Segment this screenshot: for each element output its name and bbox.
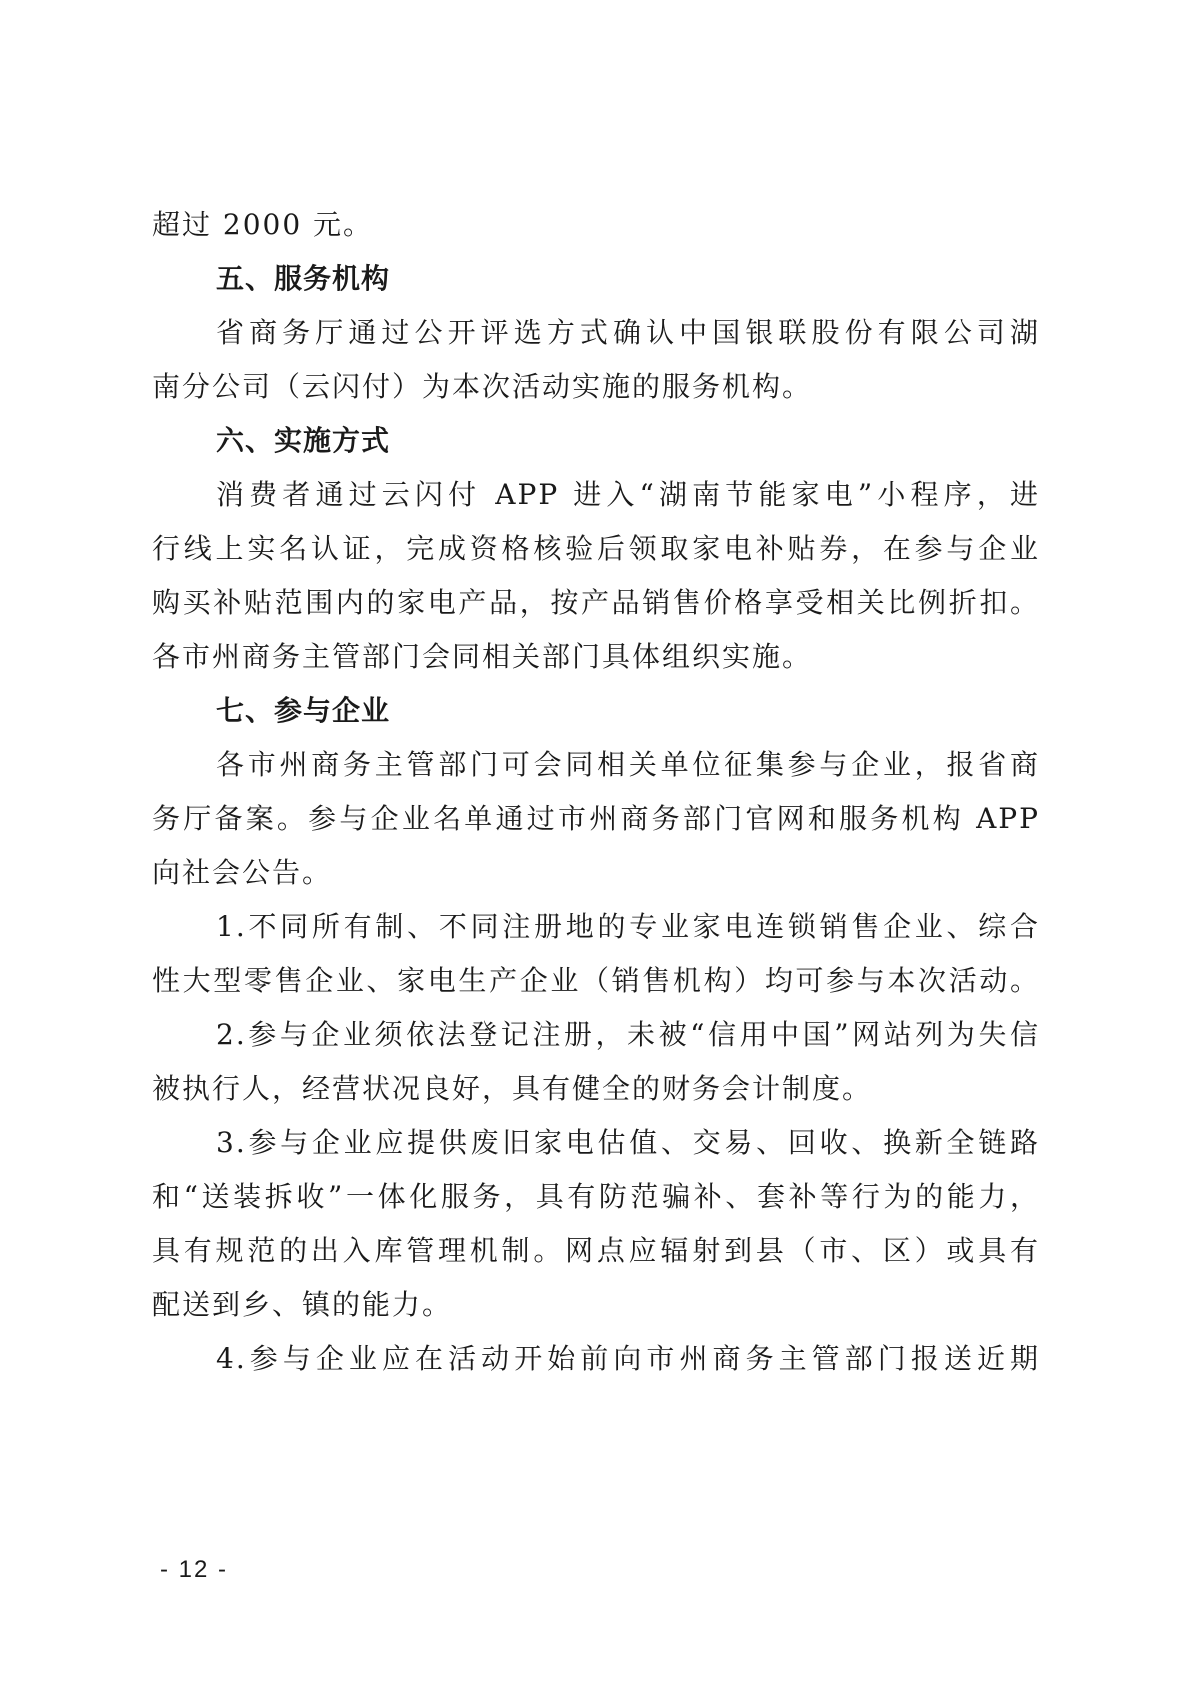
paragraph-line: 南分公司（云闪付）为本次活动实施的服务机构。 <box>152 358 1040 416</box>
list-item-3-line: 3.参与企业应提供废旧家电估值、交易、回收、换新全链路 <box>216 1114 1040 1172</box>
paragraph-line: 超过 2000 元。 <box>152 196 1040 254</box>
list-item-4-line: 4.参与企业应在活动开始前向市州商务主管部门报送近期 <box>216 1330 1040 1388</box>
section-heading-implementation: 六、实施方式 <box>216 412 390 470</box>
paragraph-line: 购买补贴范围内的家电产品，按产品销售价格享受相关比例折扣。 <box>152 574 1040 632</box>
list-item-1-line: 1.不同所有制、不同注册地的专业家电连锁销售企业、综合 <box>216 898 1040 956</box>
list-item-3-line: 配送到乡、镇的能力。 <box>152 1276 1040 1334</box>
paragraph-line: 务厅备案。参与企业名单通过市州商务部门官网和服务机构 APP <box>152 790 1040 848</box>
paragraph-line: 消费者通过云闪付 APP 进入“湖南节能家电”小程序，进 <box>216 466 1040 524</box>
paragraph-line: 各市州商务主管部门可会同相关单位征集参与企业，报省商 <box>216 736 1040 794</box>
list-item-3-line: 和“送装拆收”一体化服务，具有防范骗补、套补等行为的能力， <box>152 1168 1040 1226</box>
page-number: - 12 - <box>160 1555 228 1585</box>
paragraph-line: 各市州商务主管部门会同相关部门具体组织实施。 <box>152 628 1040 686</box>
list-item-2-line: 2.参与企业须依法登记注册，未被“信用中国”网站列为失信 <box>216 1006 1040 1064</box>
list-item-2-line: 被执行人，经营状况良好，具有健全的财务会计制度。 <box>152 1060 1040 1118</box>
section-heading-service-agency: 五、服务机构 <box>216 250 390 308</box>
paragraph-line: 省商务厅通过公开评选方式确认中国银联股份有限公司湖 <box>216 304 1040 362</box>
list-item-3-line: 具有规范的出入库管理机制。网点应辐射到县（市、区）或具有 <box>152 1222 1040 1280</box>
paragraph-line: 向社会公告。 <box>152 844 1040 902</box>
section-heading-participating-enterprises: 七、参与企业 <box>216 682 390 740</box>
document-page: 超过 2000 元。 五、服务机构 省商务厅通过公开评选方式确认中国银联股份有限… <box>0 0 1190 1683</box>
list-item-1-line: 性大型零售企业、家电生产企业（销售机构）均可参与本次活动。 <box>152 952 1040 1010</box>
paragraph-line: 行线上实名认证，完成资格核验后领取家电补贴券，在参与企业 <box>152 520 1040 578</box>
